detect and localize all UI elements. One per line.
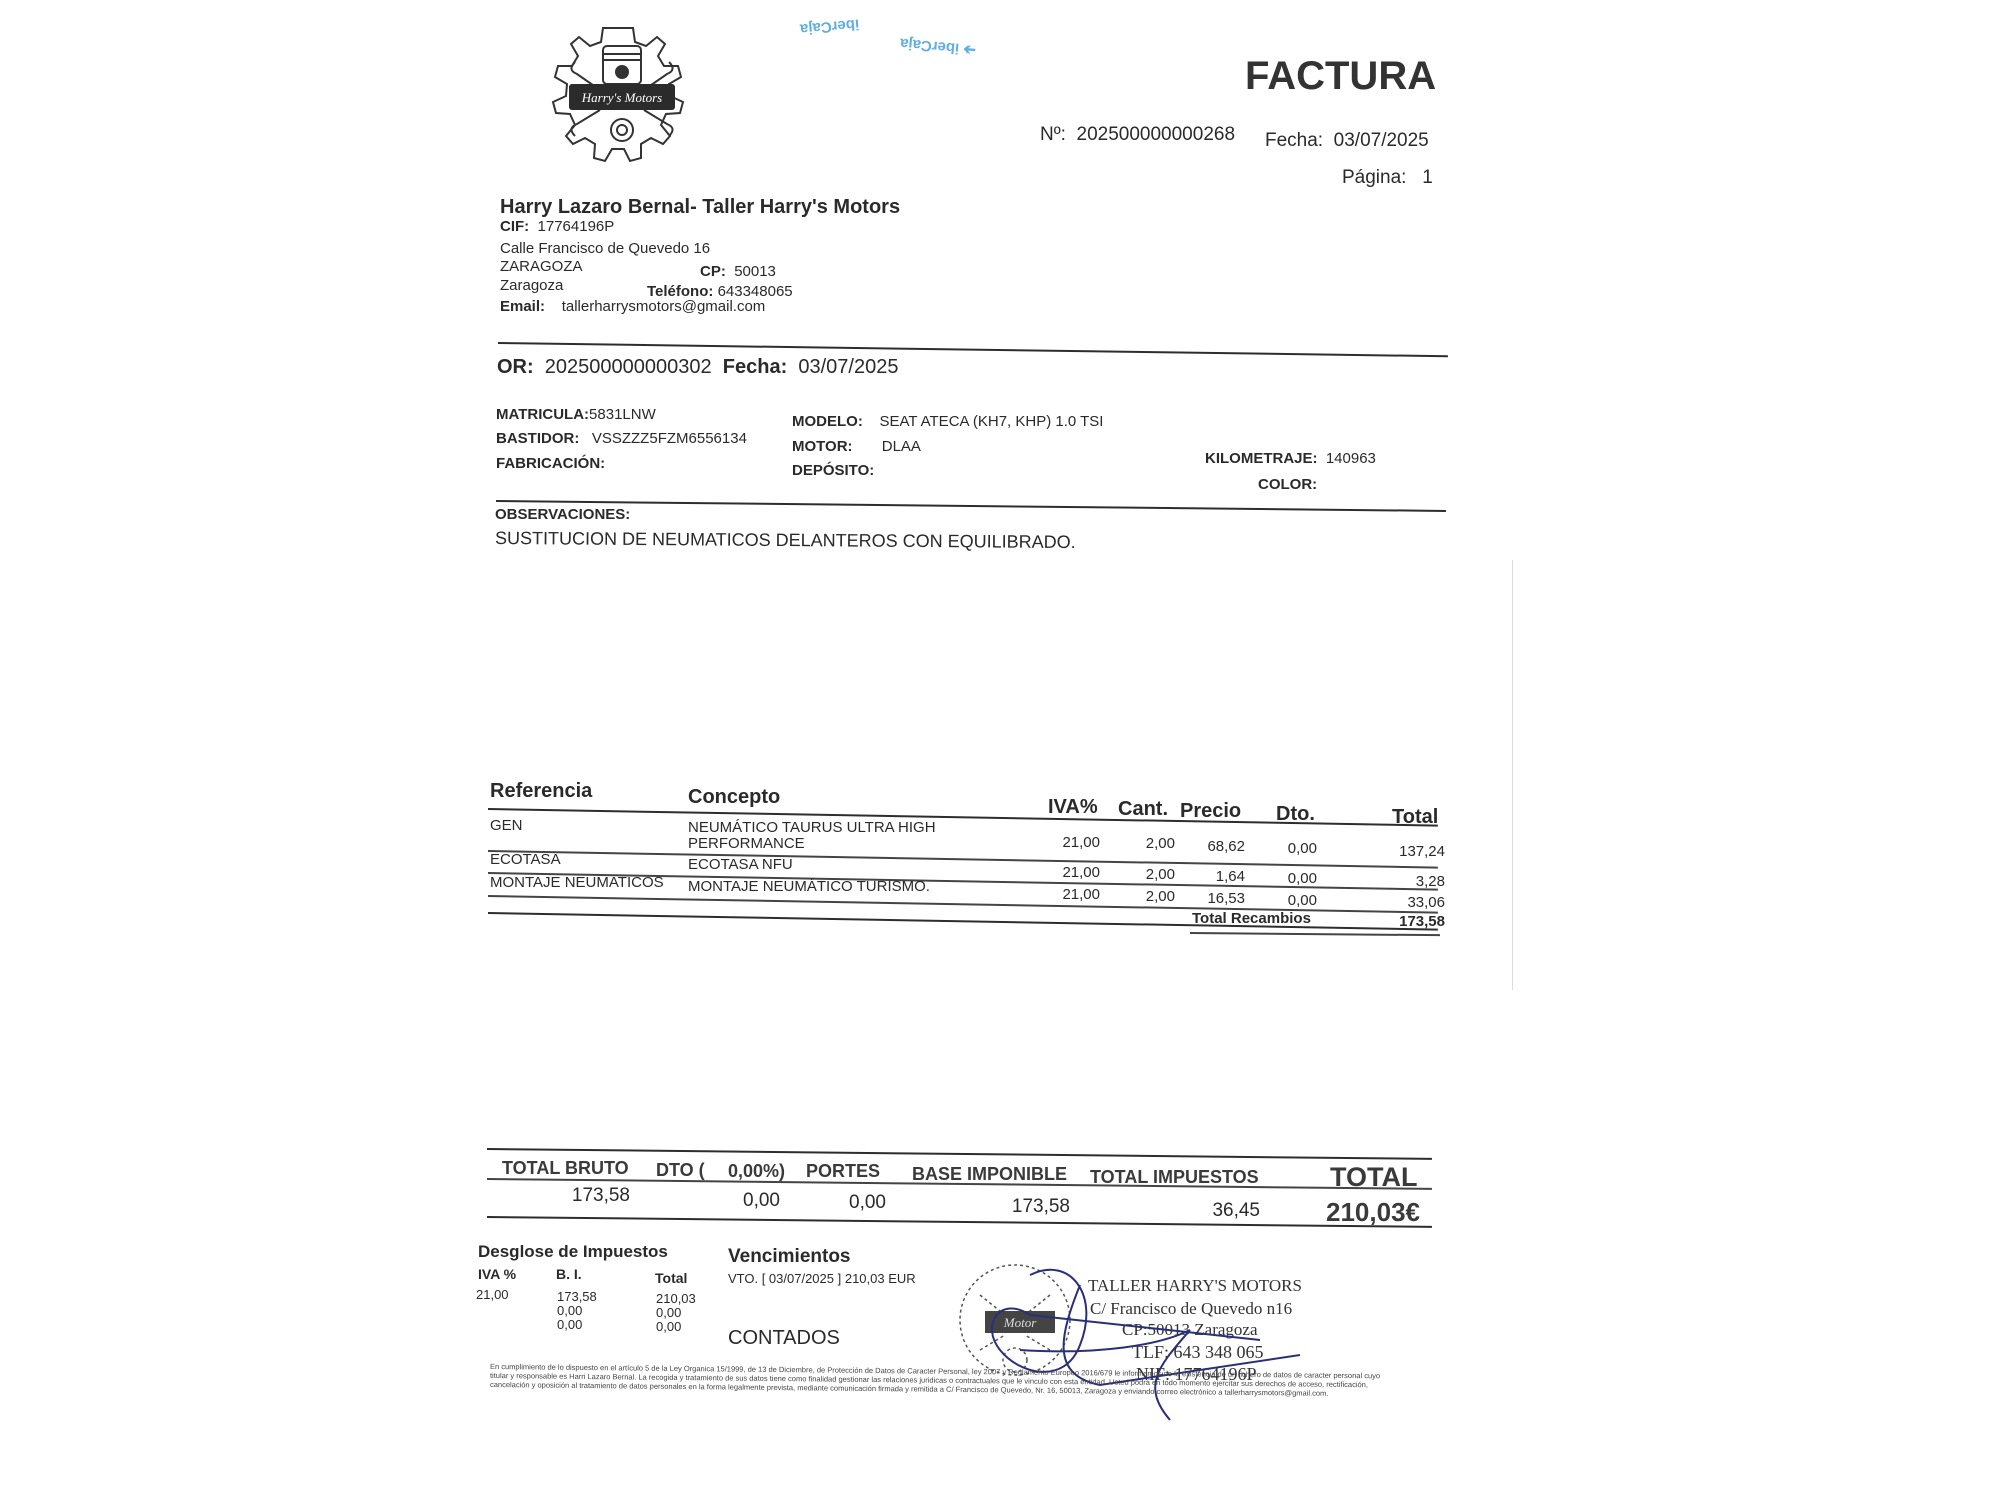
color-label: COLOR: bbox=[1258, 476, 1317, 493]
matricula-value: 5831LNW bbox=[589, 406, 656, 423]
cell-concepto-line2: PERFORMANCE bbox=[688, 835, 805, 852]
cell-iva: 21,00 bbox=[1040, 834, 1100, 851]
cell-cant: 2,00 bbox=[1115, 866, 1175, 883]
page-indicator: Página: 1 bbox=[1342, 167, 1433, 189]
cell-total: 137,24 bbox=[1365, 843, 1445, 860]
desglose-row-total: 0,00 bbox=[656, 1319, 681, 1334]
subtotal-rule bbox=[1190, 932, 1440, 936]
motor-field: MOTOR: DLAA bbox=[792, 438, 921, 455]
desglose-row-bi: 173,58 bbox=[557, 1289, 597, 1304]
matricula-label: MATRICULA: bbox=[496, 406, 589, 423]
email-label: Email: bbox=[500, 298, 545, 315]
company-cif: CIF: 17764196P bbox=[500, 218, 614, 235]
total-value: 210,03€ bbox=[1290, 1197, 1420, 1228]
invoice-date-value: 03/07/2025 bbox=[1334, 130, 1429, 151]
signature bbox=[960, 1255, 1320, 1435]
bastidor-field: BASTIDOR: VSSZZZ5FZM6556134 bbox=[496, 430, 747, 447]
email-value[interactable]: tallerharrysmotors@gmail.com bbox=[562, 298, 766, 315]
cell-iva: 21,00 bbox=[1040, 864, 1100, 881]
desglose-row-iva: 21,00 bbox=[476, 1287, 509, 1302]
cp-label: CP: bbox=[700, 263, 726, 280]
page-value: 1 bbox=[1422, 167, 1433, 188]
observaciones-text: SUSTITUCION DE NEUMATICOS DELANTEROS CON… bbox=[495, 528, 1076, 553]
cell-cant: 2,00 bbox=[1115, 888, 1175, 905]
modelo-label: MODELO: bbox=[792, 413, 863, 430]
cell-dto: 0,00 bbox=[1257, 840, 1317, 857]
cif-label: CIF: bbox=[500, 218, 529, 235]
cif-value: 17764196P bbox=[538, 218, 615, 235]
cell-concepto: ECOTASA NFU bbox=[688, 856, 793, 873]
total-impuestos-value: 36,45 bbox=[1170, 1200, 1260, 1222]
bank-watermark: iberCaja bbox=[799, 15, 859, 37]
color-field: COLOR: bbox=[1258, 476, 1317, 493]
bank-watermark-2: ➔ iberCaja bbox=[899, 35, 976, 60]
vencimientos-line: VTO. [ 03/07/2025 ] 210,03 EUR bbox=[728, 1271, 916, 1286]
col-header-cant: Cant. bbox=[1118, 798, 1168, 821]
total-bruto-label: TOTAL BRUTO bbox=[502, 1158, 629, 1179]
desglose-title: Desglose de Impuestos bbox=[478, 1242, 668, 1262]
kilometraje-label: KILOMETRAJE: bbox=[1205, 450, 1318, 467]
desglose-row-total: 210,03 bbox=[656, 1291, 696, 1306]
invoice-date-label: Fecha: bbox=[1265, 130, 1323, 151]
invoice-number: Nº: 202500000000268 bbox=[1040, 124, 1235, 146]
col-header-referencia: Referencia bbox=[490, 780, 592, 803]
order-line: OR: 202500000000302 Fecha: 03/07/2025 bbox=[497, 356, 898, 379]
cell-total: 33,06 bbox=[1365, 894, 1445, 911]
desglose-row-bi: 0,00 bbox=[557, 1317, 582, 1332]
vencimientos-title: Vencimientos bbox=[728, 1246, 851, 1268]
divider bbox=[498, 342, 1448, 357]
motor-value: DLAA bbox=[882, 438, 921, 455]
company-name: Harry Lazaro Bernal- Taller Harry's Moto… bbox=[500, 196, 900, 219]
page-label: Página: bbox=[1342, 167, 1406, 188]
cell-precio: 16,53 bbox=[1185, 890, 1245, 907]
document-title: FACTURA bbox=[1245, 54, 1436, 99]
desglose-row-total: 0,00 bbox=[656, 1305, 681, 1320]
total-bruto-value: 173,58 bbox=[540, 1185, 630, 1207]
cell-concepto: NEUMÁTICO TAURUS ULTRA HIGH bbox=[688, 819, 936, 836]
company-province: Zaragoza bbox=[500, 277, 563, 294]
desglose-header-iva: IVA % bbox=[478, 1266, 516, 1282]
cp-value: 50013 bbox=[734, 263, 776, 280]
dto-value: 0,00 bbox=[700, 1190, 780, 1212]
dto-label: DTO ( bbox=[656, 1160, 705, 1181]
company-cp: CP: 50013 bbox=[700, 263, 776, 280]
cell-referencia: MONTAJE NEUMATICOS bbox=[490, 874, 664, 891]
company-city: ZARAGOZA bbox=[500, 258, 583, 275]
cell-precio: 1,64 bbox=[1185, 868, 1245, 885]
cell-precio: 68,62 bbox=[1185, 838, 1245, 855]
base-imponible-value: 173,58 bbox=[980, 1196, 1070, 1218]
col-header-concepto: Concepto bbox=[688, 786, 780, 809]
kilometraje-value: 140963 bbox=[1326, 450, 1376, 467]
or-label: OR: bbox=[497, 356, 534, 378]
svg-text:Harry's Motors: Harry's Motors bbox=[581, 90, 662, 105]
desglose-header-total: Total bbox=[655, 1270, 687, 1286]
dto-pct: 0,00%) bbox=[728, 1161, 785, 1182]
bastidor-label: BASTIDOR: bbox=[496, 430, 579, 447]
company-address: Calle Francisco de Quevedo 16 bbox=[500, 240, 710, 257]
desglose-row-bi: 0,00 bbox=[557, 1303, 582, 1318]
invoice-date: Fecha: 03/07/2025 bbox=[1265, 130, 1429, 152]
divider bbox=[496, 500, 1446, 512]
totals-top-rule bbox=[487, 1148, 1432, 1160]
kilometraje-field: KILOMETRAJE: 140963 bbox=[1205, 450, 1376, 467]
cell-dto: 0,00 bbox=[1257, 892, 1317, 909]
invoice-number-label: Nº: bbox=[1040, 124, 1066, 145]
cell-cant: 2,00 bbox=[1115, 835, 1175, 852]
cell-referencia: ECOTASA bbox=[490, 851, 561, 868]
order-date-label: Fecha: bbox=[723, 356, 787, 378]
col-header-iva: IVA% bbox=[1048, 796, 1098, 819]
order-date-value: 03/07/2025 bbox=[798, 356, 898, 378]
motor-label: MOTOR: bbox=[792, 438, 853, 455]
portes-value: 0,00 bbox=[808, 1192, 886, 1214]
desglose-header-bi: B. I. bbox=[556, 1266, 582, 1282]
modelo-field: MODELO: SEAT ATECA (KH7, KHP) 1.0 TSI bbox=[792, 413, 1103, 430]
or-number: 202500000000302 bbox=[545, 356, 712, 378]
portes-label: PORTES bbox=[806, 1161, 880, 1182]
cell-concepto: MONTAJE NEUMÁTICO TURISMO. bbox=[688, 878, 930, 895]
modelo-value: SEAT ATECA (KH7, KHP) 1.0 TSI bbox=[880, 413, 1104, 430]
deposito-field: DEPÓSITO: bbox=[792, 462, 874, 479]
invoice-number-value: 202500000000268 bbox=[1077, 124, 1236, 145]
deposito-label: DEPÓSITO: bbox=[792, 462, 874, 479]
cell-referencia: GEN bbox=[490, 817, 523, 834]
cell-iva: 21,00 bbox=[1040, 886, 1100, 903]
arrow-icon: ➔ bbox=[958, 40, 976, 58]
observaciones-label: OBSERVACIONES: bbox=[495, 506, 630, 523]
company-email: Email: tallerharrysmotors@gmail.com bbox=[500, 298, 765, 315]
company-logo: Harry's Motors bbox=[545, 22, 700, 177]
matricula-field: MATRICULA:5831LNW bbox=[496, 406, 656, 423]
fabricacion-field: FABRICACIÓN: bbox=[496, 455, 605, 472]
fabricacion-label: FABRICACIÓN: bbox=[496, 455, 605, 472]
bastidor-value: VSSZZZ5FZM6556134 bbox=[592, 430, 747, 447]
cell-dto: 0,00 bbox=[1257, 870, 1317, 887]
payment-method: CONTADOS bbox=[728, 1327, 840, 1350]
scan-edge bbox=[1512, 560, 1513, 990]
